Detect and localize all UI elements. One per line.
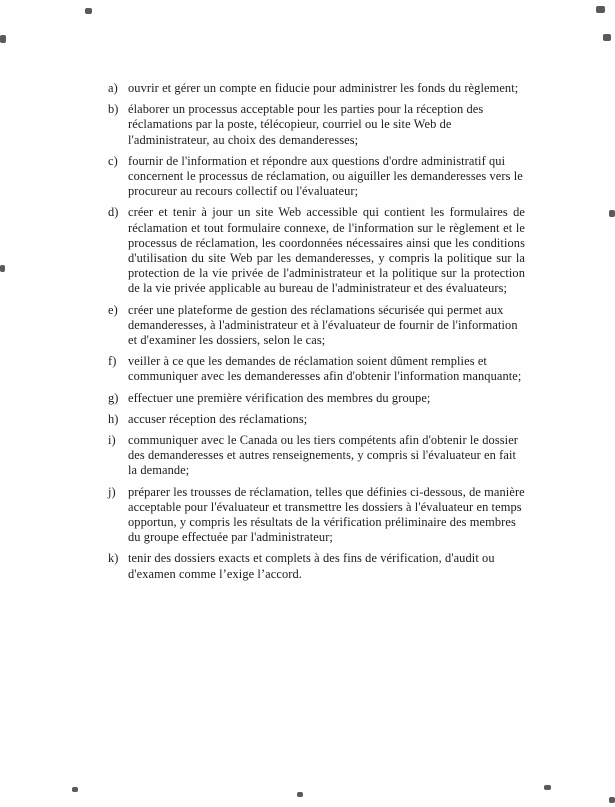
- item-label: d): [108, 205, 128, 220]
- item-label: i): [108, 433, 128, 448]
- scan-speck: [0, 35, 6, 43]
- item-text: créer une plateforme de gestion des récl…: [128, 303, 525, 349]
- item-text: accuser réception des réclamations;: [128, 412, 525, 427]
- scan-speck: [544, 785, 551, 790]
- item-label: h): [108, 412, 128, 427]
- list-item-a: a) ouvrir et gérer un compte en fiducie …: [108, 81, 525, 96]
- item-label: k): [108, 551, 128, 566]
- scan-speck: [596, 6, 605, 13]
- scan-speck: [609, 797, 615, 803]
- item-label: g): [108, 391, 128, 406]
- item-text: fournir de l'information et répondre aux…: [128, 154, 525, 200]
- scan-speck: [72, 787, 78, 792]
- item-text: tenir des dossiers exacts et complets à …: [128, 551, 525, 581]
- item-label: a): [108, 81, 128, 96]
- list-item-i: i) communiquer avec le Canada ou les tie…: [108, 433, 525, 479]
- item-text: veiller à ce que les demandes de réclama…: [128, 354, 525, 384]
- item-text: élaborer un processus acceptable pour le…: [128, 102, 525, 148]
- item-label: f): [108, 354, 128, 369]
- item-label: c): [108, 154, 128, 169]
- scan-speck: [609, 210, 615, 217]
- list-item-b: b) élaborer un processus acceptable pour…: [108, 102, 525, 148]
- lettered-list: a) ouvrir et gérer un compte en fiducie …: [108, 81, 525, 588]
- list-item-j: j) préparer les trousses de réclamation,…: [108, 485, 525, 546]
- list-item-h: h) accuser réception des réclamations;: [108, 412, 525, 427]
- list-item-k: k) tenir des dossiers exacts et complets…: [108, 551, 525, 581]
- item-text: préparer les trousses de réclamation, te…: [128, 485, 525, 546]
- scan-speck: [297, 792, 303, 797]
- list-item-d: d) créer et tenir à jour un site Web acc…: [108, 205, 525, 296]
- list-item-f: f) veiller à ce que les demandes de récl…: [108, 354, 525, 384]
- item-label: b): [108, 102, 128, 117]
- item-text: communiquer avec le Canada ou les tiers …: [128, 433, 525, 479]
- list-item-g: g) effectuer une première vérification d…: [108, 391, 525, 406]
- list-item-c: c) fournir de l'information et répondre …: [108, 154, 525, 200]
- item-text: ouvrir et gérer un compte en fiducie pou…: [128, 81, 525, 96]
- scan-speck: [0, 265, 5, 272]
- item-text: effectuer une première vérification des …: [128, 391, 525, 406]
- scan-speck: [603, 34, 611, 41]
- item-label: j): [108, 485, 128, 500]
- list-item-e: e) créer une plateforme de gestion des r…: [108, 303, 525, 349]
- item-text: créer et tenir à jour un site Web access…: [128, 205, 525, 296]
- scanned-document-page: a) ouvrir et gérer un compte en fiducie …: [0, 0, 615, 807]
- scan-speck: [85, 8, 92, 14]
- item-label: e): [108, 303, 128, 318]
